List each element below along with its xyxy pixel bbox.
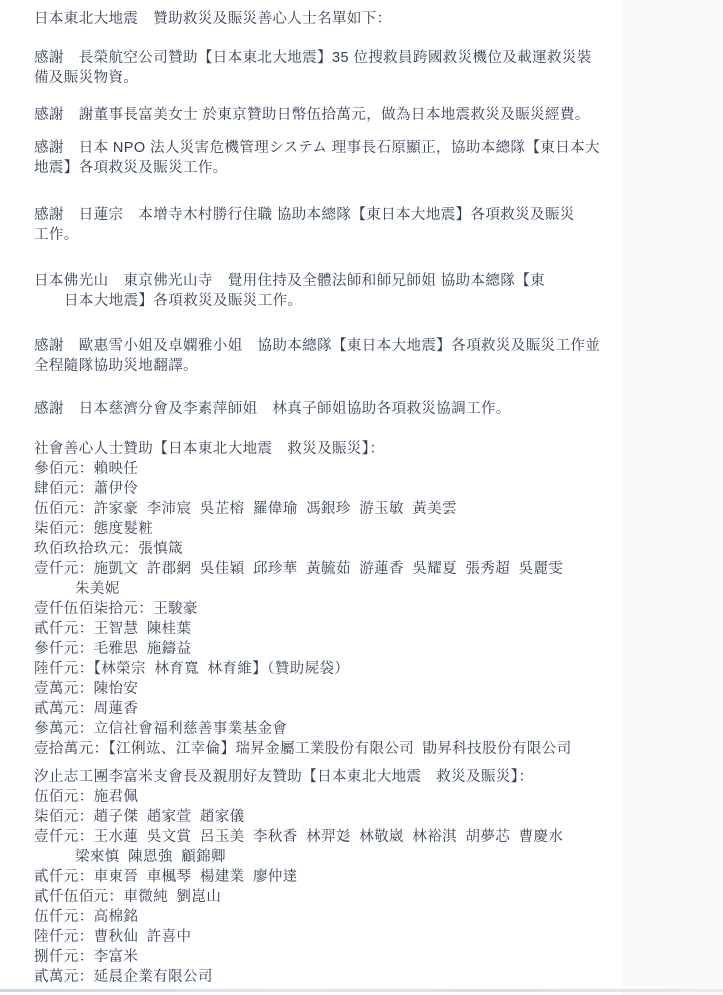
donation-amount: 伍佰元 (34, 501, 79, 517)
donation-row: 參仟元：毛雅思 施鑄益 (34, 639, 619, 659)
donation-row: 壹仟伍佰柒拾元：王駿豪 (34, 599, 619, 619)
donation-row: 捌仟元：李富米 (34, 947, 619, 967)
colon-separator: ： (109, 889, 124, 905)
colon-separator: ： (79, 929, 94, 945)
donation-names: 張慎箴 (138, 541, 183, 557)
thanks-paragraph: 感謝 日蓮宗 本增寺木村勝行住職 協助本總隊【東日本大地震】各項救災及賑災 工作… (34, 205, 619, 245)
donation-row: 柒佰元：趙子傑 趙家萱 趙家儀 (34, 807, 619, 827)
colon-separator: ： (79, 641, 94, 657)
donation-row: 玖佰玖拾玖元：張慎箴 (34, 539, 619, 559)
paragraph-line: 感謝 歐惠雪小姐及卓嫻雅小姐 協助本總隊【東日本大地震】各項救災及賑災工作並 (34, 336, 619, 356)
donation-amount: 陸仟元 (34, 661, 79, 677)
donation-row: 壹拾萬元：【江俐竑、江幸倫】瑞昇金屬工業股份有限公司 勖昇科技股份有限公司 (34, 739, 619, 759)
donation-row: 壹萬元：陳怡安 (34, 679, 619, 699)
colon-separator: ： (79, 681, 94, 697)
donation-names: 【江俐竑、江幸倫】瑞昇金屬工業股份有限公司 勖昇科技股份有限公司 (109, 741, 572, 757)
paragraph-line: 工作。 (34, 225, 619, 245)
page-title: 日本東北大地震 贊助救災及賑災善心人士名單如下： (34, 9, 619, 29)
thanks-paragraph: 感謝 長榮航空公司贊助【日本東北大地震】35 位搜救員跨國救災機位及載運救災裝 … (34, 48, 619, 88)
paragraph-line: 日本佛光山 東京佛光山寺 覺用住持及全體法師和師兄師姐 協助本總隊【東 (34, 271, 619, 291)
donation-names: 賴映任 (94, 461, 139, 477)
donation-amount: 參佰元 (34, 461, 79, 477)
colon-separator: ： (138, 601, 153, 617)
donation-names: 陳怡安 (94, 681, 139, 697)
colon-separator: ： (79, 661, 94, 677)
donation-row: 伍仟元：高棉銘 (34, 907, 619, 927)
donation-list-header: 汐止志工團李富米支會長及親朋好友贊助【日本東北大地震 救災及賑災】： (34, 767, 619, 787)
donation-row: 貳萬元：周蓮香 (34, 699, 619, 719)
scan-bottom-edge (0, 989, 723, 992)
donation-list-society: 社會善心人士贊助【日本東北大地震 救災及賑災】： 參佰元：賴映任 肆佰元：蕭伊伶… (34, 439, 619, 759)
paragraph-line: 備及賑災物資。 (34, 68, 619, 88)
donation-names: 趙子傑 趙家萱 趙家儀 (94, 809, 245, 825)
donation-names: 立信社會福利慈善事業基金會 (94, 721, 288, 737)
thanks-paragraph: 日本佛光山 東京佛光山寺 覺用住持及全體法師和師兄師姐 協助本總隊【東 日本大地… (34, 271, 619, 311)
donation-row: 貳萬元：延晨企業有限公司 (34, 967, 619, 987)
donation-names: 施凱文 許郡網 吳佳穎 邱珍華 黃毓茹 游蓮香 吳耀夏 張秀超 吳麗雯 (94, 561, 564, 577)
paragraph-line: 感謝 謝董事長富美女士 於東京贊助日幣伍拾萬元，做為日本地震救災及賑災經費。 (34, 105, 619, 125)
donation-amount: 捌仟元 (34, 949, 79, 965)
paragraph-line: 日本大地震】各項救災及賑災工作。 (34, 291, 619, 311)
donation-amount: 貳萬元 (34, 969, 79, 985)
donation-amount: 柒佰元 (34, 521, 79, 537)
donation-amount: 壹萬元 (34, 681, 79, 697)
thanks-paragraph: 感謝 歐惠雪小姐及卓嫻雅小姐 協助本總隊【東日本大地震】各項救災及賑災工作並 全… (34, 336, 619, 376)
donation-row: 壹仟元：施凱文 許郡網 吳佳穎 邱珍華 黃毓茹 游蓮香 吳耀夏 張秀超 吳麗雯 (34, 559, 619, 579)
donation-names: 蕭伊伶 (94, 481, 139, 497)
donation-row: 伍佰元：施君佩 (34, 787, 619, 807)
donation-names: 李富米 (94, 949, 139, 965)
donation-row: 陸仟元：曹秋仙 許喜中 (34, 927, 619, 947)
colon-separator: ： (79, 481, 94, 497)
donation-amount: 壹拾萬元 (34, 741, 94, 757)
donation-list-header: 社會善心人士贊助【日本東北大地震 救災及賑災】： (34, 439, 619, 459)
donation-names: 曹秋仙 許喜中 (94, 929, 192, 945)
donation-amount: 肆佰元 (34, 481, 79, 497)
thanks-paragraph: 感謝 日本慈濟分會及李素萍師姐 林真子師姐協助各項救災協調工作。 (34, 399, 619, 419)
donation-amount: 參萬元 (34, 721, 79, 737)
paragraph-line: 全程隨隊協助災地翻譯。 (34, 356, 619, 376)
donation-amount: 貳萬元 (34, 701, 79, 717)
donation-names: 【林榮宗 林育寬 林育維】（贊助屍袋） (94, 661, 350, 677)
donation-row-continuation: 梁來慎 陳恩強 顧錦卿 (34, 847, 619, 867)
scan-right-margin (622, 0, 723, 995)
thanks-paragraph: 感謝 謝董事長富美女士 於東京贊助日幣伍拾萬元，做為日本地震救災及賑災經費。 (34, 105, 619, 125)
colon-separator: ： (79, 829, 94, 845)
donation-amount: 貳仟伍佰元 (34, 889, 109, 905)
donation-names: 周蓮香 (94, 701, 139, 717)
colon-separator: ： (79, 521, 94, 537)
donation-row: 參佰元：賴映任 (34, 459, 619, 479)
donation-amount: 貳仟元 (34, 869, 79, 885)
colon-separator: ： (79, 501, 94, 517)
colon-separator: ： (79, 789, 94, 805)
paragraph-line: 感謝 日本慈濟分會及李素萍師姐 林真子師姐協助各項救災協調工作。 (34, 399, 619, 419)
paragraph-line: 感謝 日蓮宗 本增寺木村勝行住職 協助本總隊【東日本大地震】各項救災及賑災 (34, 205, 619, 225)
donation-row: 肆佰元：蕭伊伶 (34, 479, 619, 499)
paragraph-line: 地震】各項救災及賑災工作。 (34, 158, 619, 178)
colon-separator: ： (79, 561, 94, 577)
thanks-paragraph: 感謝 日本 NPO 法人災害危機管理システム 理事長石原顯正，協助本總隊【東日本… (34, 138, 619, 178)
donation-row: 柒佰元：態度髮粧 (34, 519, 619, 539)
donation-amount: 伍佰元 (34, 789, 79, 805)
donation-names: 車微純 劉崑山 (123, 889, 221, 905)
donation-amount: 貳仟元 (34, 621, 79, 637)
donation-row: 伍佰元：許家豪 李沛宸 吳芷榕 羅偉瑜 馮銀珍 游玉敏 黃美雲 (34, 499, 619, 519)
colon-separator: ： (79, 809, 94, 825)
scanned-document-page: 日本東北大地震 贊助救災及賑災善心人士名單如下： 感謝 長榮航空公司贊助【日本東… (34, 9, 619, 987)
colon-separator: ： (79, 949, 94, 965)
colon-separator: ： (79, 621, 94, 637)
donation-names: 毛雅思 施鑄益 (94, 641, 192, 657)
colon-separator: ： (79, 701, 94, 717)
colon-separator: ： (94, 741, 109, 757)
colon-separator: ： (79, 461, 94, 477)
donation-list-items: 參佰元：賴映任 肆佰元：蕭伊伶 伍佰元：許家豪 李沛宸 吳芷榕 羅偉瑜 馮銀珍 … (34, 459, 619, 759)
donation-names: 許家豪 李沛宸 吳芷榕 羅偉瑜 馮銀珍 游玉敏 黃美雲 (94, 501, 457, 517)
donation-names: 態度髮粧 (94, 521, 154, 537)
donation-amount: 柒佰元 (34, 809, 79, 825)
colon-separator: ： (123, 541, 138, 557)
paragraph-line: 感謝 長榮航空公司贊助【日本東北大地震】35 位搜救員跨國救災機位及載運救災裝 (34, 48, 619, 68)
colon-separator: ： (79, 969, 94, 985)
donation-amount: 壹仟元 (34, 829, 79, 845)
colon-separator: ： (79, 909, 94, 925)
donation-row: 貳仟元：王智慧 陳桂葉 (34, 619, 619, 639)
donation-amount: 伍仟元 (34, 909, 79, 925)
donation-row: 參萬元：立信社會福利慈善事業基金會 (34, 719, 619, 739)
colon-separator: ： (79, 721, 94, 737)
donation-amount: 玖佰玖拾玖元 (34, 541, 123, 557)
donation-amount: 參仟元 (34, 641, 79, 657)
donation-row: 壹仟元：王水蓮 吳文賞 呂玉美 李秋香 林羿彣 林敬崴 林裕淇 胡夢芯 曹慶水 (34, 827, 619, 847)
donation-names: 高棉銘 (94, 909, 139, 925)
paragraph-line: 感謝 日本 NPO 法人災害危機管理システム 理事長石原顯正，協助本總隊【東日本… (34, 138, 619, 158)
donation-amount: 壹仟伍佰柒拾元 (34, 601, 138, 617)
donation-names: 王智慧 陳桂葉 (94, 621, 192, 637)
donation-names: 車東晉 車楓琴 楊建業 廖仲達 (94, 869, 298, 885)
donation-names: 延晨企業有限公司 (94, 969, 213, 985)
donation-names: 王水蓮 吳文賞 呂玉美 李秋香 林羿彣 林敬崴 林裕淇 胡夢芯 曹慶水 (94, 829, 564, 845)
donation-list-xizhi: 汐止志工團李富米支會長及親朋好友贊助【日本東北大地震 救災及賑災】： 伍佰元：施… (34, 767, 619, 987)
donation-row-continuation: 朱美妮 (34, 579, 619, 599)
donation-row: 貳仟元：車東晉 車楓琴 楊建業 廖仲達 (34, 867, 619, 887)
donation-amount: 壹仟元 (34, 561, 79, 577)
donation-names: 王駿豪 (153, 601, 198, 617)
donation-names: 施君佩 (94, 789, 139, 805)
donation-list-items: 伍佰元：施君佩 柒佰元：趙子傑 趙家萱 趙家儀 壹仟元：王水蓮 吳文賞 呂玉美 … (34, 787, 619, 987)
donation-row: 陸仟元：【林榮宗 林育寬 林育維】（贊助屍袋） (34, 659, 619, 679)
donation-row: 貳仟伍佰元：車微純 劉崑山 (34, 887, 619, 907)
donation-amount: 陸仟元 (34, 929, 79, 945)
colon-separator: ： (79, 869, 94, 885)
